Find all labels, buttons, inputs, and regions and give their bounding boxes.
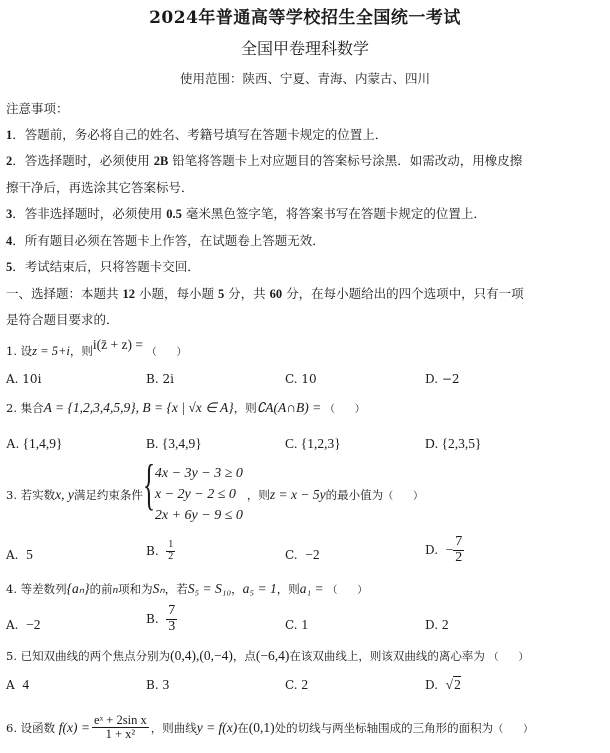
option-d: D. − 72 (425, 535, 464, 565)
option-d: D. √2 (425, 677, 461, 693)
option-a: A. {1,4,9} (6, 436, 62, 452)
option-c: C. {1,2,3} (285, 436, 341, 452)
math-expression: i(z̄ + z) = (93, 337, 143, 352)
notes-heading: 注意事项： (6, 99, 69, 117)
fraction: eˣ + 2sin x1 + x² (92, 714, 149, 741)
question-text: 等差数列 (21, 582, 67, 596)
note-item-3: 3．答非选择题时，必须使用 0.5 毫米黑色签字笔，将答案书写在答题卡规定的位置… (6, 204, 486, 222)
question-number: 3. (6, 488, 17, 502)
option-d: D. −2 (425, 372, 460, 386)
question-1: 1. 设z = 5+i，则i(z̄ + z) = （ ） (6, 343, 187, 359)
answer-blank: （ ） (383, 487, 423, 502)
question-text: 的最小值为 (326, 487, 384, 503)
constraint: 2x + 6y − 9 ≤ 0 (155, 505, 243, 526)
question-count: 12 (122, 287, 135, 301)
question-number: 5. (6, 649, 17, 663)
question-text: ，则 (247, 487, 270, 503)
question-text: ，则 (277, 582, 300, 596)
question-text: ，点 (233, 649, 256, 663)
section-text: 分，在每小题给出的四个选项中，只有一项 (282, 286, 523, 301)
answer-blank: （ ） (327, 585, 367, 596)
question-text: 设 (21, 344, 33, 358)
question-text: 已知双曲线的两个焦点分别为 (21, 649, 171, 663)
section-text: 小题，每小题 (135, 286, 218, 301)
fraction: 73 (166, 604, 177, 634)
math-expression: (0,1) (249, 720, 275, 736)
note-item-2: 2．答选择题时，必须使用 2B 铅笔将答题卡上对应题目的答案标号涂黑．如需改动，… (6, 151, 522, 169)
question-text: 处的切线与两坐标轴围成的三角形的面积为 (275, 720, 494, 736)
option-a: A 4 (6, 677, 29, 693)
question-text: ，则 (70, 344, 93, 358)
points-total: 60 (270, 287, 283, 301)
section-text: 分，共 (224, 286, 269, 301)
question-text: 在 (237, 720, 249, 736)
usage-scope: 使用范围：陕西、宁夏、青海、内蒙古、四川 (0, 69, 610, 87)
note-text: ．所有题目必须在答题卡上作答，在试题卷上答题无效． (12, 233, 325, 248)
question-5: 5. 已知双曲线的两个焦点分别为(0,4),(0,−4)，点(−6,4)在该双曲… (6, 648, 529, 664)
question-text: 在该双曲线上，则该双曲线的离心率为 (289, 649, 485, 663)
question-2: 2. 集合A = {1,2,3,4,5,9}, B = {x | √x ∈ A}… (6, 400, 365, 416)
math-expression: (−6,4) (256, 648, 289, 663)
fraction: 72 (453, 535, 464, 565)
math-expression: y = f(x) (197, 720, 238, 736)
answer-blank: （ ） (325, 404, 365, 415)
note-bold: 0.5 (166, 207, 182, 221)
question-text: 项和为 (118, 582, 153, 596)
section-heading: 一、选择题：本题共 12 小题，每小题 5 分，共 60 分，在每小题给出的四个… (6, 284, 524, 302)
section-text: 一、选择题：本题共 (6, 286, 122, 301)
exam-subtitle: 全国甲卷理科数学 (0, 36, 610, 59)
constraint: x − 2y − 2 ≤ 0 (155, 484, 243, 505)
note-text: ．考试结束后，只将答题卡交回． (12, 259, 200, 274)
math-expression: f(x) = (59, 720, 90, 736)
option-a: A. 5 (6, 547, 33, 563)
note-item-4: 4．所有题目必须在答题卡上作答，在试题卷上答题无效． (6, 231, 325, 249)
note-text: ．答非选择题时，必须使用 (12, 206, 166, 221)
note-text: 铅笔将答题卡上对应题目的答案标号涂黑．如需改动，用橡皮擦 (168, 153, 522, 168)
brace-icon: { (143, 457, 155, 513)
question-text: 若实数 (21, 487, 56, 503)
option-b: B. 2i (146, 372, 174, 386)
answer-blank: （ ） (489, 652, 529, 663)
math-expression: A = {1,2,3,4,5,9}, B = {x | √x ∈ A} (44, 400, 234, 415)
answer-blank: （ ） (493, 720, 533, 735)
note-item-5: 5．考试结束后，只将答题卡交回． (6, 257, 200, 275)
option-d: D. {2,3,5} (425, 436, 481, 452)
math-expression: z = x − 5y (270, 487, 326, 503)
math-expression: z = 5+i (32, 344, 70, 358)
question-number: 4. (6, 582, 17, 596)
math-expression: Sₙ (153, 581, 165, 596)
note-text: ．答选择题时，必须使用 (12, 153, 153, 168)
question-text: ， (231, 582, 243, 596)
math-variables: x, y (55, 487, 74, 503)
question-text: ，则曲线 (151, 720, 197, 736)
note-text: ．答题前，务必将自己的姓名、考籍号填写在答题卡规定的位置上． (12, 127, 387, 142)
exam-title: 2024年普通高等学校招生全国统一考试 (0, 3, 610, 28)
question-text: 的前 (90, 582, 113, 596)
option-d: D. 2 (425, 617, 449, 633)
note-item-2-line2: 擦干净后，再选涂其它答案标号． (6, 178, 194, 196)
section-heading-line2: 是符合题目要求的． (6, 310, 119, 328)
math-expression: {aₙ} (67, 581, 90, 596)
math-expression: (0,4),(0,−4) (170, 648, 233, 663)
option-a: A. 10i (6, 372, 41, 386)
question-text: 满足约束条件 (74, 487, 143, 503)
question-text: ，则 (234, 401, 257, 415)
question-number: 1. (6, 344, 17, 358)
question-6: 6. 设函数 f(x) = eˣ + 2sin x1 + x² ，则曲线y = … (6, 714, 533, 741)
math-expression: a₁ = (300, 581, 324, 596)
note-bold: 2B (154, 154, 169, 168)
fraction: 12 (166, 540, 175, 562)
question-3: 3. 若实数x, y满足约束条件 { 4x − 3y − 3 ≥ 0 x − 2… (6, 463, 423, 526)
option-c: C. −2 (285, 547, 320, 563)
question-number: 2. (6, 401, 17, 415)
question-text: 集合 (21, 401, 44, 415)
answer-blank: （ ） (147, 347, 187, 358)
note-item-1: 1．答题前，务必将自己的姓名、考籍号填写在答题卡规定的位置上． (6, 125, 387, 143)
option-b: B. 12 (146, 540, 175, 562)
math-expression: ∁A(A∩B) = (257, 400, 322, 415)
math-expression: S₅ = S₁₀ (188, 581, 231, 596)
option-c: C. 2 (285, 677, 308, 693)
option-b: B. {3,4,9} (146, 436, 202, 452)
option-a: A. −2 (6, 617, 41, 633)
constraint-system: { 4x − 3y − 3 ≥ 0 x − 2y − 2 ≤ 0 2x + 6y… (143, 463, 243, 526)
math-expression: a₅ = 1 (243, 581, 277, 596)
option-b: B. 3 (146, 677, 169, 693)
option-b: B. 73 (146, 604, 177, 634)
option-c: C. 10 (285, 372, 317, 386)
sqrt-value: 2 (453, 676, 461, 692)
question-number: 6. (6, 721, 17, 735)
note-text: 毫米黑色签字笔，将答案书写在答题卡规定的位置上． (182, 206, 486, 221)
question-text: ，若 (165, 582, 188, 596)
constraint: 4x − 3y − 3 ≥ 0 (155, 463, 243, 484)
question-4: 4. 等差数列{aₙ}的前n项和为Sₙ，若S₅ = S₁₀，a₅ = 1，则a₁… (6, 581, 367, 597)
question-text: 设函数 (21, 720, 56, 736)
option-c: C. 1 (285, 617, 308, 633)
